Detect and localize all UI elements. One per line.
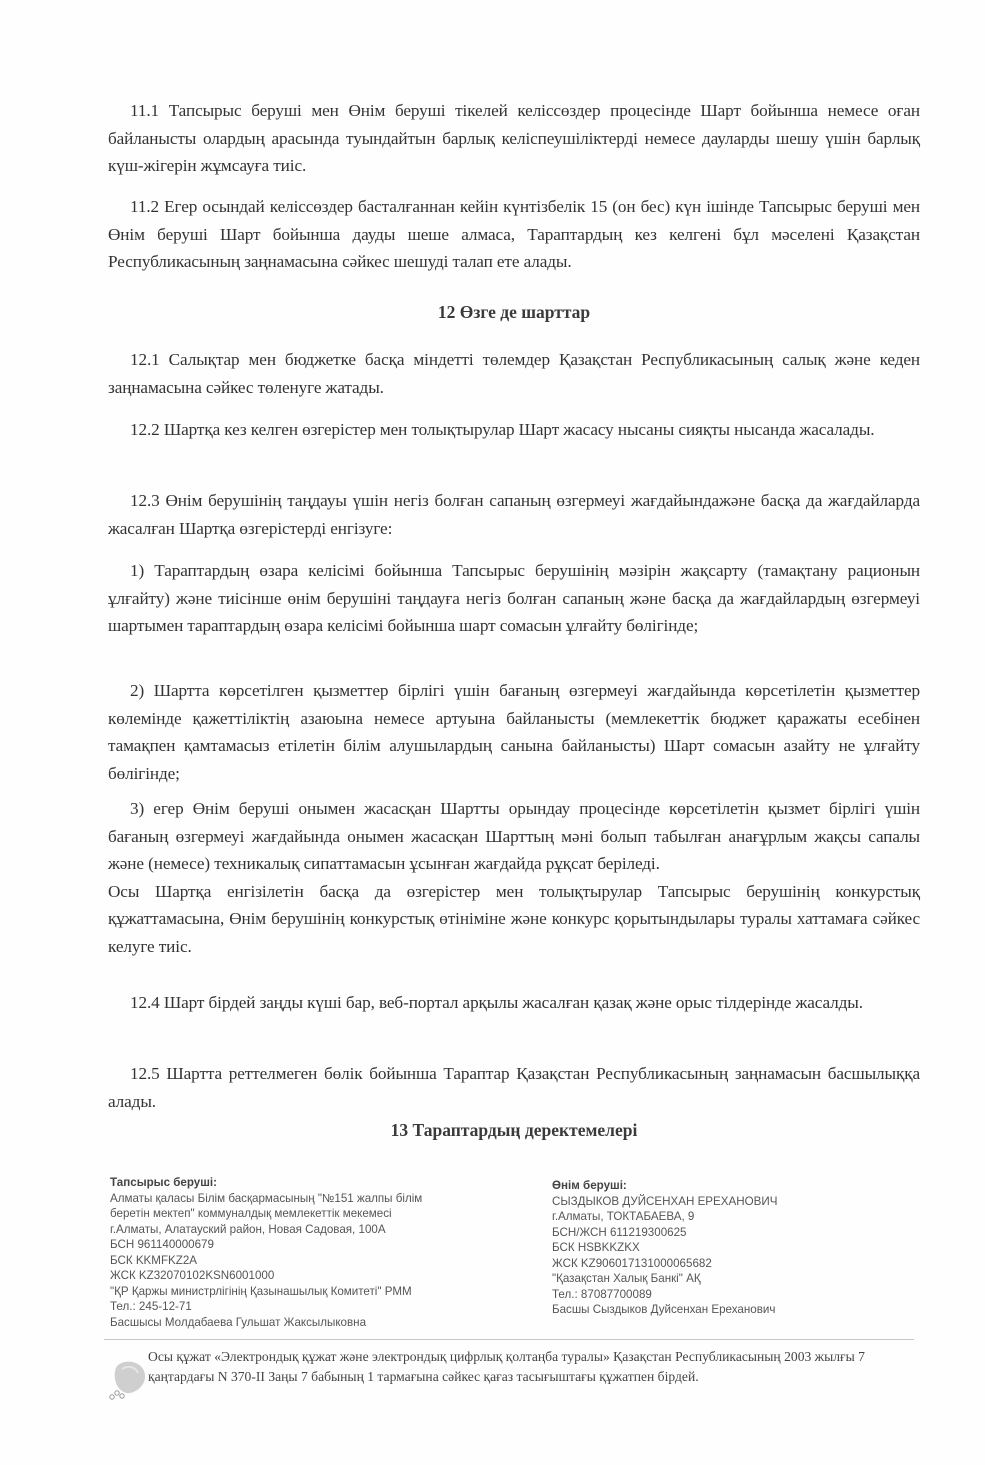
supplier-address: г.Алматы, ТОКТАБАЕВА, 9 [552,1209,922,1225]
section-12-title: 12 Өзге де шарттар [108,302,920,323]
customer-bin: БСН 961140000679 [110,1237,510,1253]
supplier-bank: "Қазақстан Халық Банкі" АҚ [552,1271,922,1287]
customer-phone: Тел.: 245-12-71 [110,1299,510,1315]
paragraph-text: 11.2 Егер осындай келіссөздер басталғанн… [108,193,920,276]
paragraph-text: 12.2 Шартқа кез келген өзгерістер мен то… [108,416,920,444]
footer: Осы құжат «Электрондық құжат және электр… [100,1347,860,1409]
customer-bik: БСК KKMFKZ2A [110,1253,510,1269]
supplier-head: Басшы Сыздыков Дуйсенхан Ереханович [552,1302,922,1318]
customer-requisites: Тапсырыс беруші: Алматы қаласы Білім бас… [110,1175,510,1330]
supplier-phone: Тел.: 87087700089 [552,1287,922,1303]
supplier-bin: БСН/ЖСН 611219300625 [552,1225,922,1241]
paragraph-text: 11.1 Тапсырыс беруші мен Өнім беруші тік… [108,97,920,180]
egov-seal-icon [106,1359,150,1405]
document-page: 11.1 Тапсырыс беруші мен Өнім беруші тік… [0,0,985,1465]
paragraph-12-3-item-3: 3) егер Өнім беруші онымен жасасқан Шарт… [108,795,920,960]
paragraph-12-3: 12.3 Өнім берушінің таңдауы үшін негіз б… [108,487,920,542]
paragraph-11-1: 11.1 Тапсырыс беруші мен Өнім беруші тік… [108,97,920,180]
customer-title: Тапсырыс беруші: [110,1175,510,1191]
customer-iik: ЖСК KZ32070102KSN6001000 [110,1268,510,1284]
customer-address: г.Алматы, Алатауский район, Новая Садова… [110,1222,510,1238]
paragraph-12-4: 12.4 Шарт бірдей заңды күші бар, веб-пор… [108,989,920,1017]
paragraph-12-2: 12.2 Шартқа кез келген өзгерістер мен то… [108,416,920,444]
legal-notice: Осы құжат «Электрондық құжат және электр… [148,1347,868,1386]
paragraph-text-tail: Осы Шартқа енгізілетін басқа да өзгеріст… [108,878,920,961]
paragraph-text: 12.4 Шарт бірдей заңды күші бар, веб-пор… [108,989,920,1017]
paragraph-text: 12.1 Салықтар мен бюджетке басқа міндетт… [108,346,920,401]
paragraph-text: 2) Шартта көрсетілген қызметтер бірлігі … [108,677,920,787]
customer-head: Басшысы Молдабаева Гульшат Жаксылыковна [110,1315,510,1331]
paragraph-12-5: 12.5 Шартта реттелмеген бөлік бойынша Та… [108,1060,920,1115]
paragraph-11-2: 11.2 Егер осындай келіссөздер басталғанн… [108,193,920,276]
paragraph-12-3-item-2: 2) Шартта көрсетілген қызметтер бірлігі … [108,677,920,787]
paragraph-text: 12.3 Өнім берушінің таңдауы үшін негіз б… [108,487,920,542]
customer-line: Алматы қаласы Білім басқармасының "№151 … [110,1191,510,1207]
paragraph-text: 3) егер Өнім беруші онымен жасасқан Шарт… [108,795,920,878]
supplier-title: Өнім беруші: [552,1178,922,1194]
paragraph-12-3-item-1: 1) Тараптардың өзара келісімі бойынша Та… [108,557,920,640]
supplier-requisites: Өнім беруші: СЫЗДЫКОВ ДУЙСЕНХАН ЕРЕХАНОВ… [552,1178,922,1318]
paragraph-text: 1) Тараптардың өзара келісімі бойынша Та… [108,557,920,640]
section-13-title: 13 Тараптардың деректемелері [108,1120,920,1141]
supplier-bik: БСК HSBKKZKX [552,1240,922,1256]
supplier-name: СЫЗДЫКОВ ДУЙСЕНХАН ЕРЕХАНОВИЧ [552,1194,922,1210]
supplier-iik: ЖСК KZ906017131000065682 [552,1256,922,1272]
paragraph-text: 12.5 Шартта реттелмеген бөлік бойынша Та… [108,1060,920,1115]
footer-separator [104,1339,914,1340]
customer-bank: "ҚР Қаржы министрлігінің Қазынашылық Ком… [110,1284,510,1300]
paragraph-12-1: 12.1 Салықтар мен бюджетке басқа міндетт… [108,346,920,401]
customer-line: беретін мектеп" коммуналдық мемлекеттік … [110,1206,510,1222]
